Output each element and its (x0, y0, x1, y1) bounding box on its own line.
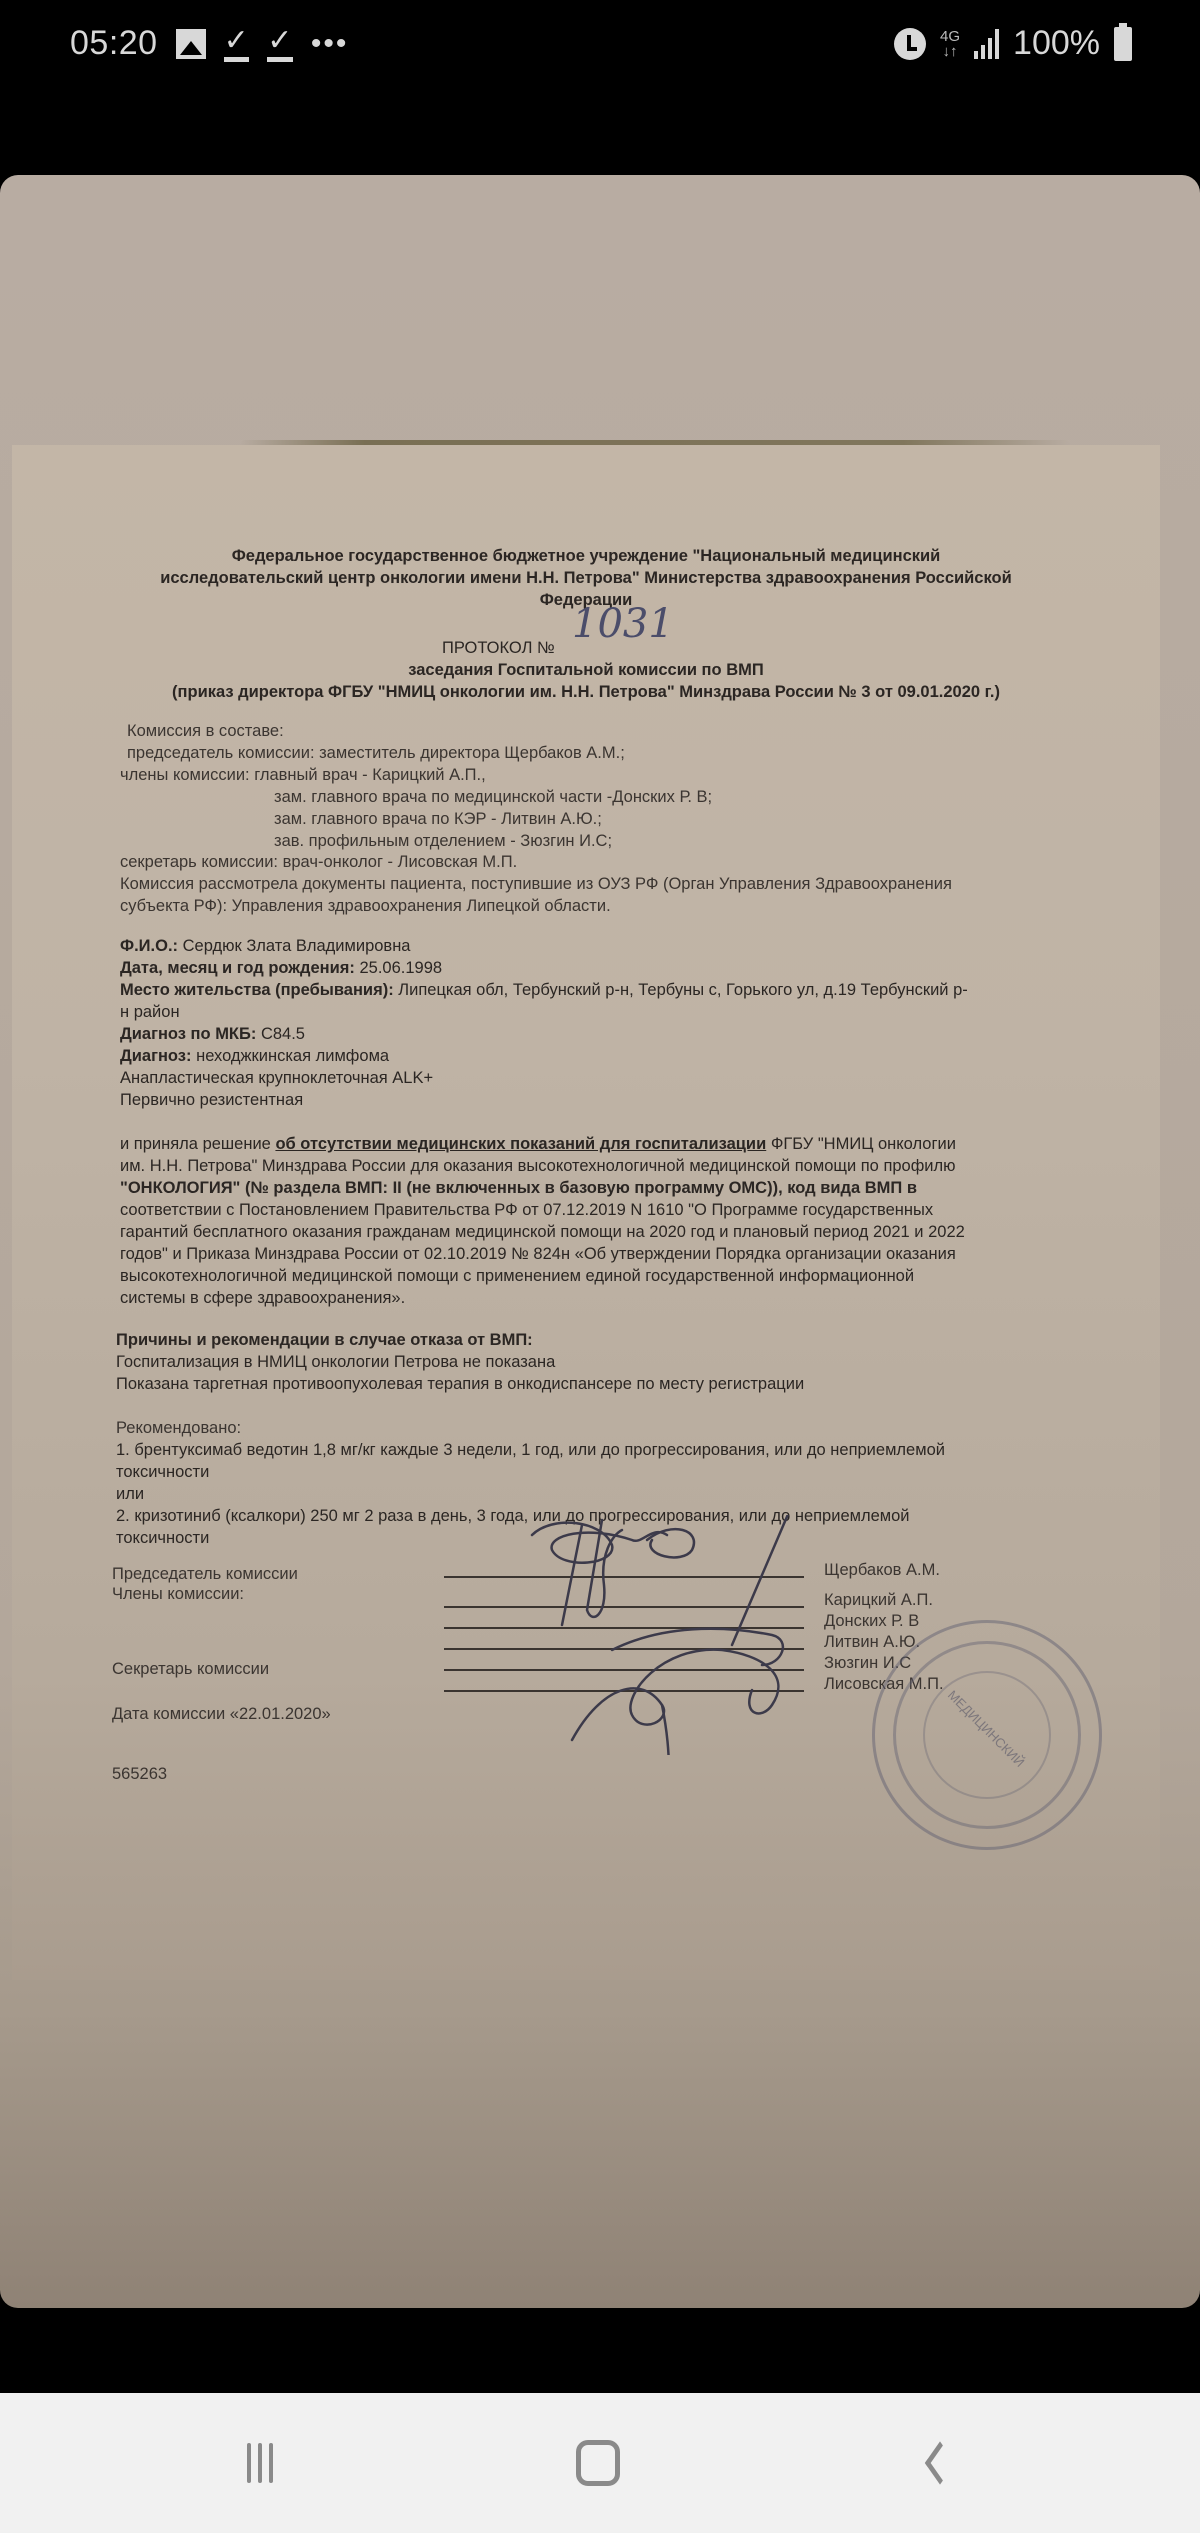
commission-chair: председатель комиссии: заместитель дирек… (127, 742, 625, 764)
patient-name-row: Ф.И.О.: Сердюк Злата Владимировна (120, 935, 410, 957)
photo-viewer[interactable]: Федеральное государственное бюджетное уч… (0, 175, 1200, 2308)
decision-line-5: гарантий бесплатного оказания гражданам … (120, 1221, 965, 1243)
decision-line-3: "ОНКОЛОГИЯ" (№ раздела ВМП: II (не включ… (120, 1177, 917, 1199)
status-right: 4G↓↑ 100% (894, 24, 1132, 63)
commission-members: члены комиссии: главный врач - Карицкий … (120, 764, 486, 786)
patient-dob: 25.06.1998 (359, 959, 442, 977)
protocol-document: Федеральное государственное бюджетное уч… (12, 445, 1160, 1980)
decision-line-7: высокотехнологичной медицинской помощи с… (120, 1265, 914, 1287)
recent-apps-icon (247, 2443, 273, 2483)
patient-residence-cont: н район (120, 1001, 180, 1023)
recommendation-or: или (116, 1483, 144, 1505)
commission-intro: Комиссия в составе: (127, 720, 284, 742)
home-button[interactable] (558, 2433, 638, 2493)
back-button[interactable] (895, 2433, 975, 2493)
commission-reviewed: Комиссия рассмотрела документы пациента,… (120, 873, 952, 895)
decision-profile: "ОНКОЛОГИЯ" (№ раздела ВМП: II (не включ… (120, 1179, 902, 1197)
navigation-bar (0, 2393, 1200, 2533)
decision-text: в (907, 1179, 917, 1197)
battery-percent: 100% (1013, 24, 1100, 63)
patient-residence: Липецкая обл, Тербунский р-н, Тербуны с,… (398, 981, 968, 999)
patient-diagnosis-row: Диагноз: неходжкинская лимфома (120, 1045, 389, 1067)
reasons-line: Госпитализация в НМИЦ онкологии Петрова … (116, 1351, 555, 1373)
patient-dob-label: Дата, месяц и год рождения: (120, 959, 355, 977)
battery-icon (1114, 27, 1132, 61)
patient-diagnosis: неходжкинская лимфома (196, 1047, 389, 1065)
status-bar: 05:20 ✓ ✓ ••• 4G↓↑ 100% (0, 0, 1200, 90)
members-signature-label: Члены комиссии: (112, 1583, 244, 1605)
network-4g-icon: 4G↓↑ (940, 29, 960, 59)
home-icon (576, 2440, 620, 2486)
reasons-line: Показана таргетная противоопухолевая тер… (116, 1373, 804, 1395)
meeting-title: заседания Госпитальной комиссии по ВМП (12, 659, 1160, 681)
order-reference: (приказ директора ФГБУ "НМИЦ онкологии и… (12, 681, 1160, 703)
gallery-icon (176, 29, 206, 59)
official-stamp: МЕДИЦИНСКИЙ (872, 1620, 1102, 1850)
reasons-title: Причины и рекомендации в случае отказа о… (116, 1329, 533, 1351)
decision-line-1: и приняла решение об отсутствии медицинс… (120, 1133, 956, 1155)
commission-reviewed: субъекта РФ): Управления здравоохранения… (120, 895, 611, 917)
network-type: 4G (940, 28, 960, 45)
stamp-text: МЕДИЦИНСКИЙ (942, 1685, 1029, 1772)
recommended-title: Рекомендовано: (116, 1417, 241, 1439)
recommendation-1-cont: токсичности (116, 1461, 209, 1483)
download-done-icon: ✓ (267, 26, 293, 62)
decision-line-8: системы в сфере здравоохранения». (120, 1287, 405, 1309)
commission-member: зав. профильным отделением - Зюзгин И.С; (274, 830, 612, 852)
download-done-icon: ✓ (224, 26, 250, 62)
patient-diagnosis-detail: Первично резистентная (120, 1089, 303, 1111)
decision-key-phrase: об отсутствии медицинских показаний для … (275, 1135, 766, 1153)
commission-member: зам. главного врача по медицинской части… (274, 786, 712, 808)
signal-strength-icon (974, 29, 999, 59)
decision-line-4: соответствии с Постановлением Правительс… (120, 1199, 933, 1221)
document-number: 565263 (112, 1763, 167, 1785)
document-photo: Федеральное государственное бюджетное уч… (12, 445, 1160, 1980)
decision-text: и приняла решение (120, 1135, 271, 1153)
secretary-signature-label: Секретарь комиссии (112, 1658, 269, 1680)
patient-name-label: Ф.И.О.: (120, 937, 178, 955)
patient-name: Сердюк Злата Владимировна (183, 937, 411, 955)
patient-icd: C84.5 (261, 1025, 305, 1043)
more-notifications-icon: ••• (311, 27, 349, 61)
patient-residence-row: Место жительства (пребывания): Липецкая … (120, 979, 968, 1001)
recent-apps-button[interactable] (220, 2433, 300, 2493)
commission-member: зам. главного врача по КЭР - Литвин А.Ю.… (274, 808, 602, 830)
decision-line-6: годов" и Приказа Минздрава России от 02.… (120, 1243, 956, 1265)
header-line-2: исследовательский центр онкологии имени … (12, 567, 1160, 589)
decision-line-2: им. Н.Н. Петрова" Минздрава России для о… (120, 1155, 956, 1177)
status-left: 05:20 ✓ ✓ ••• (70, 24, 348, 63)
patient-diagnosis-detail: Анапластическая крупноклеточная ALK+ (120, 1067, 433, 1089)
patient-diagnosis-label: Диагноз: (120, 1047, 191, 1065)
patient-residence-label: Место жительства (пребывания): (120, 981, 394, 999)
clock: 05:20 (70, 24, 158, 63)
handwritten-signatures (492, 1515, 852, 1755)
recommendation-2-cont: токсичности (116, 1527, 209, 1549)
recommendation-1: 1. брентуксимаб ведотин 1,8 мг/кг каждые… (116, 1439, 945, 1461)
commission-date: Дата комиссии «22.01.2020» (112, 1703, 331, 1725)
chair-signature-label: Председатель комиссии (112, 1563, 298, 1585)
protocol-label: ПРОТОКОЛ № (442, 637, 555, 659)
patient-icd-label: Диагноз по МКБ: (120, 1025, 256, 1043)
header-line-1: Федеральное государственное бюджетное уч… (12, 545, 1160, 567)
decision-text: ФГБУ "НМИЦ онкологии (771, 1135, 956, 1153)
patient-dob-row: Дата, месяц и год рождения: 25.06.1998 (120, 957, 442, 979)
patient-icd-row: Диагноз по МКБ: C84.5 (120, 1023, 305, 1045)
alarm-icon (894, 28, 926, 60)
back-icon (925, 2441, 955, 2484)
protocol-number: 1031 (572, 613, 674, 635)
commission-secretary: секретарь комиссии: врач-онколог - Лисов… (120, 851, 517, 873)
